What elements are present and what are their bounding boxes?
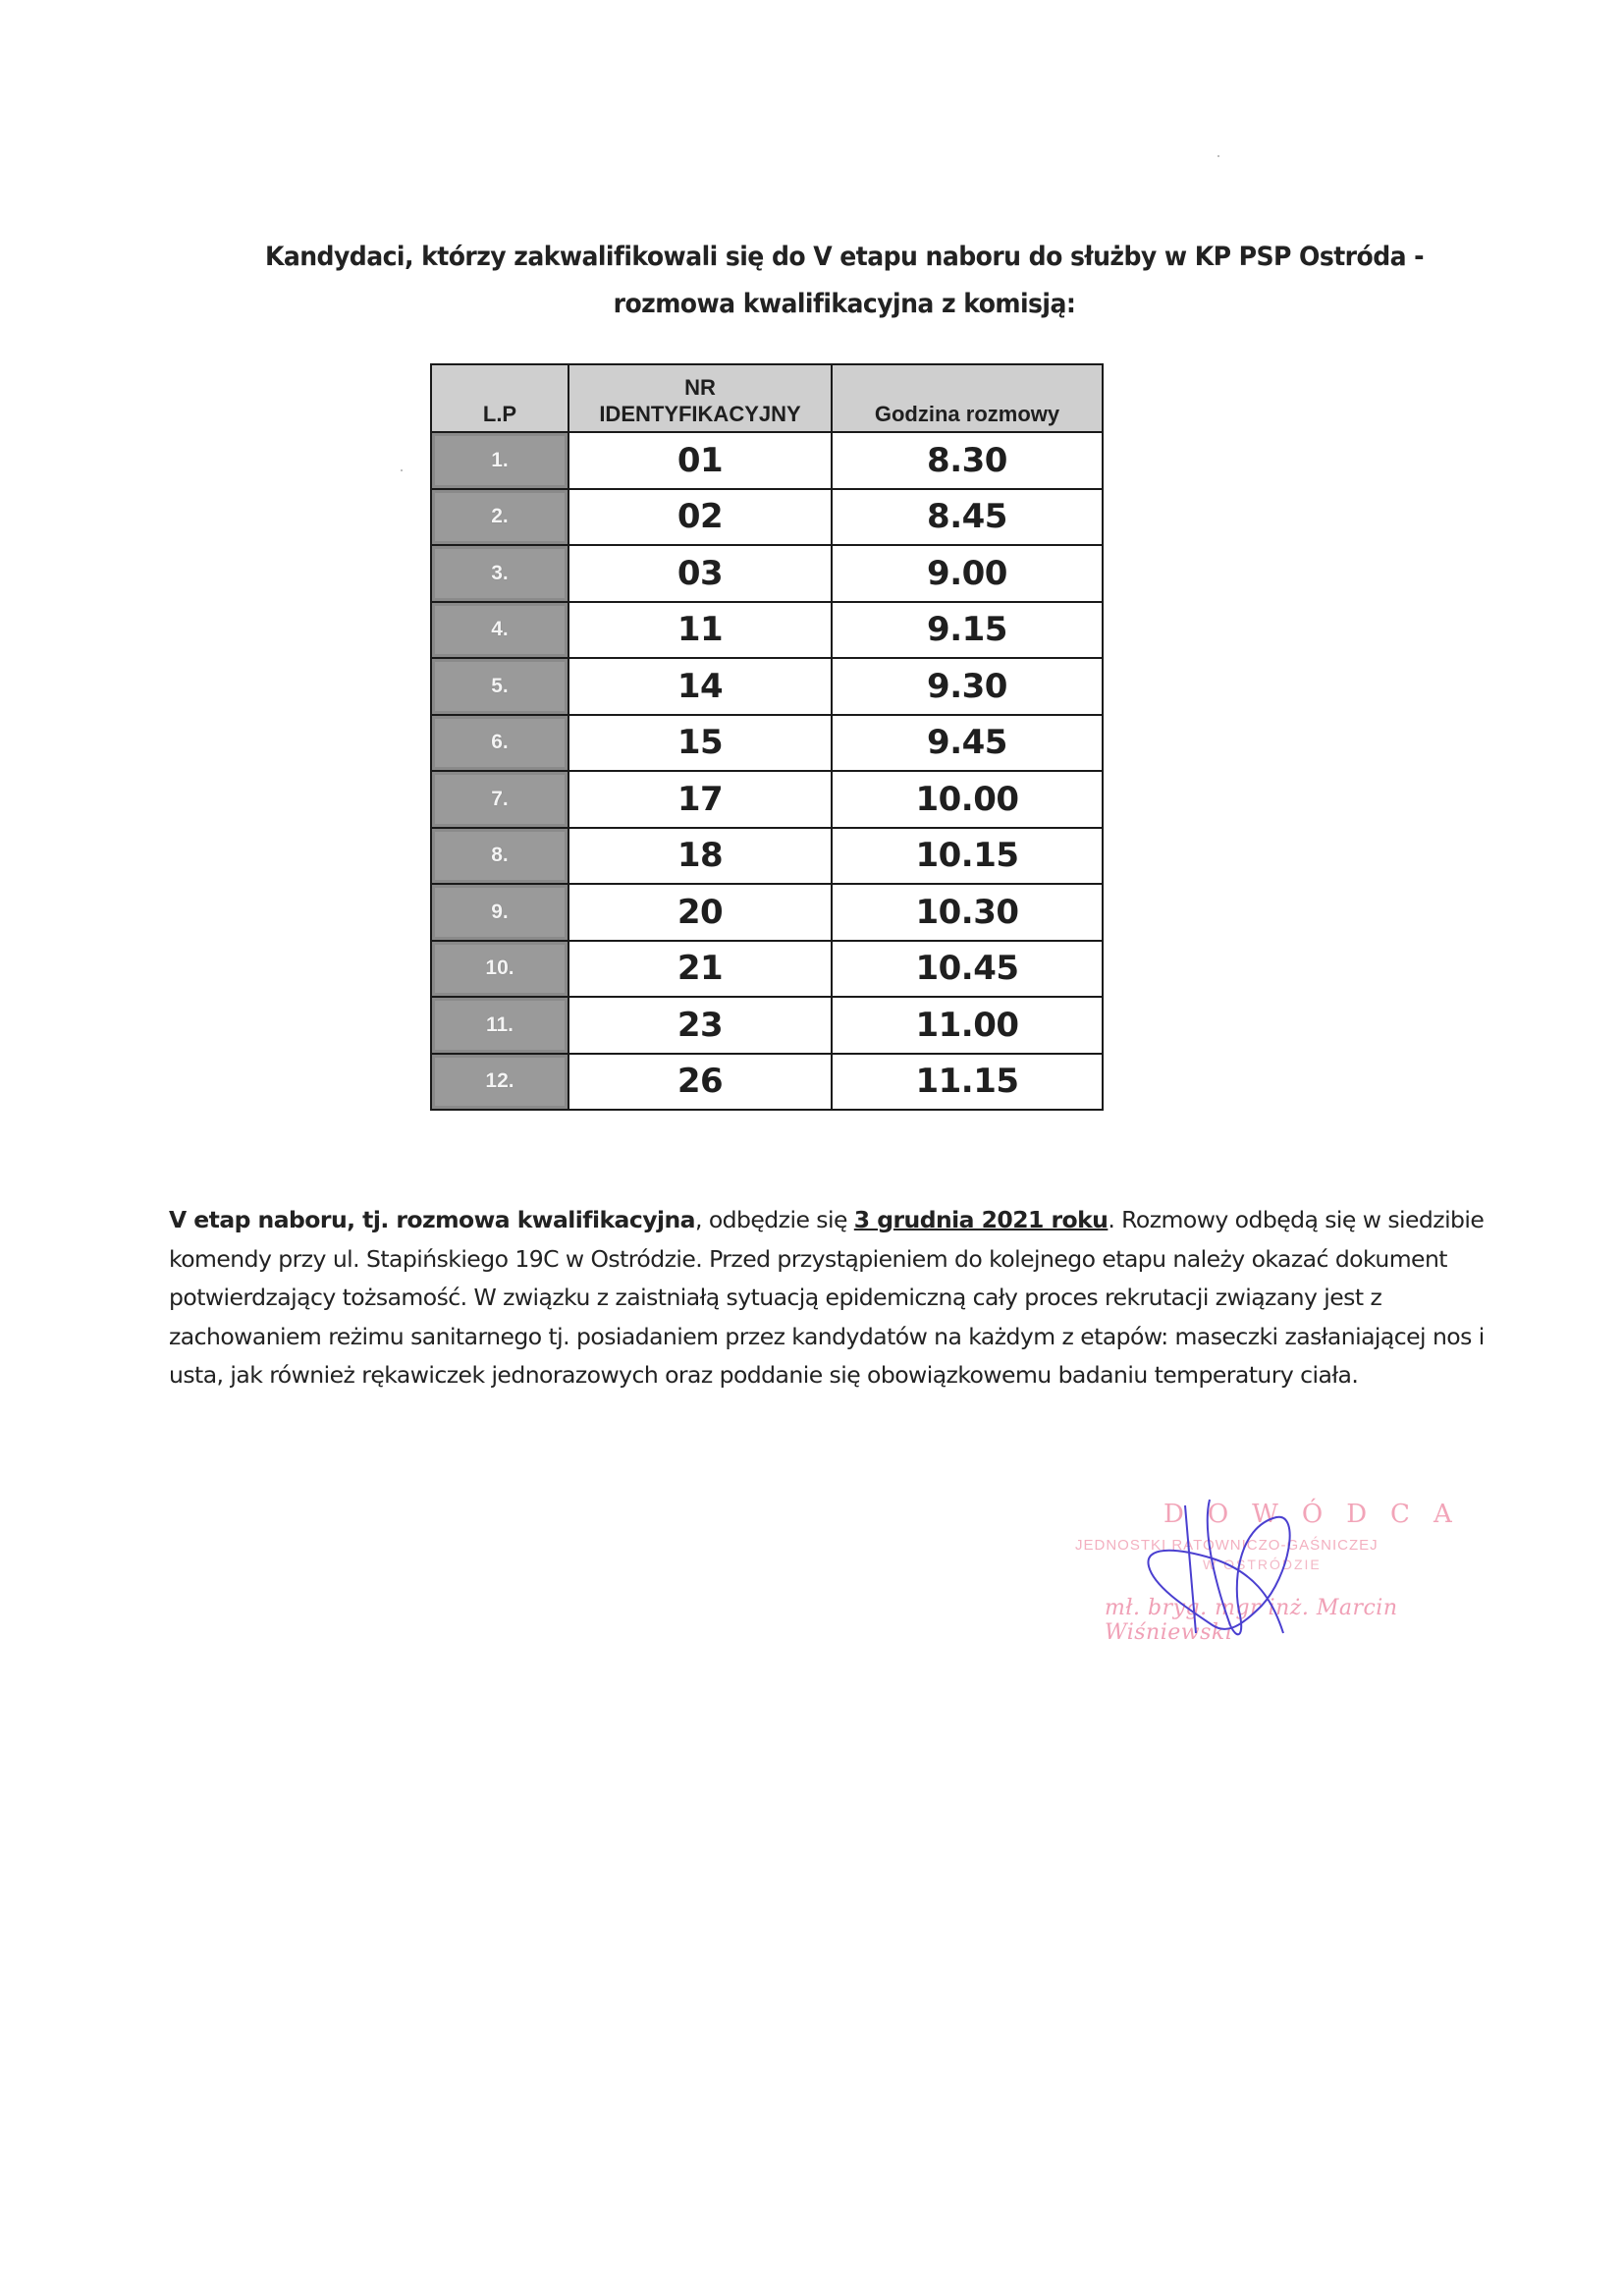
header-id-line-1: NR: [569, 374, 831, 401]
table-row: 11.2311.00: [431, 997, 1103, 1054]
interview-date: 3 grudnia 2021 roku: [854, 1206, 1109, 1233]
row-id-number: 21: [568, 941, 832, 998]
row-id-number: 20: [568, 884, 832, 941]
row-id-number: 23: [568, 997, 832, 1054]
row-number: 7.: [431, 771, 568, 828]
scan-speck: [1217, 155, 1219, 157]
official-stamp: DOWÓDCA JEDNOSTKI RATOWNICZO-GAŚNICZEJ W…: [1065, 1488, 1468, 1645]
row-number: 6.: [431, 715, 568, 772]
row-id-number: 26: [568, 1054, 832, 1111]
row-number: 12.: [431, 1054, 568, 1111]
table-row: 2.028.45: [431, 489, 1103, 546]
row-number: 9.: [431, 884, 568, 941]
header-id-line-2: IDENTYFIKACYJNY: [569, 401, 831, 427]
row-interview-time: 9.00: [832, 545, 1103, 602]
row-interview-time: 11.15: [832, 1054, 1103, 1111]
scan-speck: [401, 469, 403, 471]
table-row: 12.2611.15: [431, 1054, 1103, 1111]
title-line-2: rozmowa kwalifikacyjna z komisją:: [224, 281, 1466, 328]
row-interview-time: 9.45: [832, 715, 1103, 772]
row-interview-time: 9.30: [832, 658, 1103, 715]
table-row: 4.119.15: [431, 602, 1103, 659]
header-time: Godzina rozmowy: [832, 364, 1103, 432]
table-header-row: L.P NR IDENTYFIKACYJNY Godzina rozmowy: [431, 364, 1103, 432]
row-id-number: 03: [568, 545, 832, 602]
row-number: 4.: [431, 602, 568, 659]
table-row: 1.018.30: [431, 432, 1103, 489]
header-id: NR IDENTYFIKACYJNY: [568, 364, 832, 432]
table-row: 9.2010.30: [431, 884, 1103, 941]
row-id-number: 17: [568, 771, 832, 828]
row-interview-time: 10.45: [832, 941, 1103, 998]
row-id-number: 01: [568, 432, 832, 489]
row-number: 8.: [431, 828, 568, 885]
row-interview-time: 11.00: [832, 997, 1103, 1054]
row-id-number: 14: [568, 658, 832, 715]
row-number: 5.: [431, 658, 568, 715]
table-row: 8.1810.15: [431, 828, 1103, 885]
signature-icon: [1065, 1488, 1468, 1645]
row-interview-time: 10.30: [832, 884, 1103, 941]
table-row: 3.039.00: [431, 545, 1103, 602]
table-row: 5.149.30: [431, 658, 1103, 715]
row-id-number: 18: [568, 828, 832, 885]
table-row: 7.1710.00: [431, 771, 1103, 828]
row-interview-time: 9.15: [832, 602, 1103, 659]
table-row: 10.2110.45: [431, 941, 1103, 998]
candidates-table: L.P NR IDENTYFIKACYJNY Godzina rozmowy 1…: [430, 363, 1104, 1111]
document-title: Kandydaci, którzy zakwalifikowali się do…: [224, 234, 1466, 328]
row-number: 2.: [431, 489, 568, 546]
row-id-number: 15: [568, 715, 832, 772]
info-paragraph: V etap naboru, tj. rozmowa kwalifikacyjn…: [169, 1201, 1524, 1395]
row-interview-time: 8.45: [832, 489, 1103, 546]
header-lp: L.P: [431, 364, 568, 432]
row-interview-time: 8.30: [832, 432, 1103, 489]
paragraph-text-a: , odbędzie się: [695, 1206, 854, 1233]
title-line-1: Kandydaci, którzy zakwalifikowali się do…: [224, 234, 1466, 281]
row-id-number: 02: [568, 489, 832, 546]
row-interview-time: 10.00: [832, 771, 1103, 828]
row-number: 1.: [431, 432, 568, 489]
row-number: 3.: [431, 545, 568, 602]
paragraph-bold-intro: V etap naboru, tj. rozmowa kwalifikacyjn…: [169, 1206, 695, 1233]
table-row: 6.159.45: [431, 715, 1103, 772]
row-id-number: 11: [568, 602, 832, 659]
row-number: 11.: [431, 997, 568, 1054]
row-interview-time: 10.15: [832, 828, 1103, 885]
row-number: 10.: [431, 941, 568, 998]
